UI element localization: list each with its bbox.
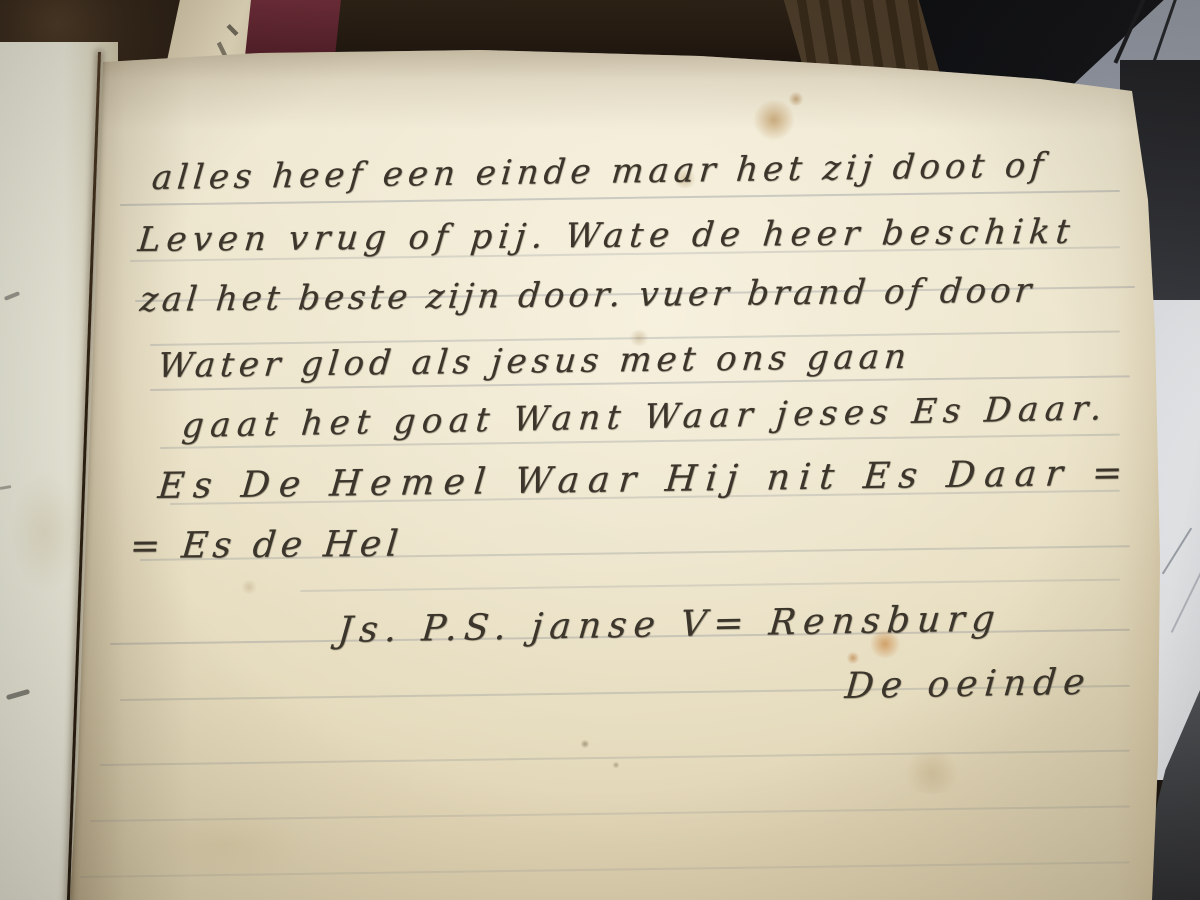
manuscript-page: alles heef een einde maar het zij doot o…: [0, 0, 1200, 900]
ruled-line: [300, 579, 1120, 592]
paper-stain: [10, 472, 80, 592]
foxing-stain: [240, 580, 258, 594]
ink-speck: [580, 740, 590, 748]
closing-line: De oeinde: [843, 662, 1093, 707]
foxing-stain: [752, 100, 796, 140]
manuscript-photo: alles heef een einde maar het zij doot o…: [0, 0, 1200, 900]
paper-fold-crease: [1162, 528, 1192, 575]
handwriting-line-3: zal het beste zijn door. vuer brand of d…: [138, 271, 1037, 320]
handwriting-line-7: = Es de Hel: [128, 524, 405, 567]
foxing-stain: [140, 810, 310, 880]
signature-line: Js. P.S. janse V= Rensburg: [336, 598, 1003, 651]
foxing-stain: [846, 652, 860, 664]
foxing-stain: [788, 92, 804, 106]
foxing-stain: [900, 752, 964, 794]
handwriting-line-4: Water glod als jesus met ons gaan: [156, 337, 913, 386]
ink-speck: [612, 762, 620, 768]
handwriting-line-2: Leven vrug of pij. Wate de heer beschikt: [136, 212, 1077, 260]
ink-mark: [227, 24, 239, 36]
ink-mark: [0, 485, 11, 490]
ink-mark: [6, 689, 30, 700]
paper-fold-crease: [1171, 569, 1200, 633]
ink-mark: [4, 291, 20, 301]
handwriting-line-1: alles heef een einde maar het zij doot o…: [150, 145, 1050, 198]
handwriting-line-6: Es De Hemel Waar Hij nit Es Daar =: [156, 452, 1133, 507]
